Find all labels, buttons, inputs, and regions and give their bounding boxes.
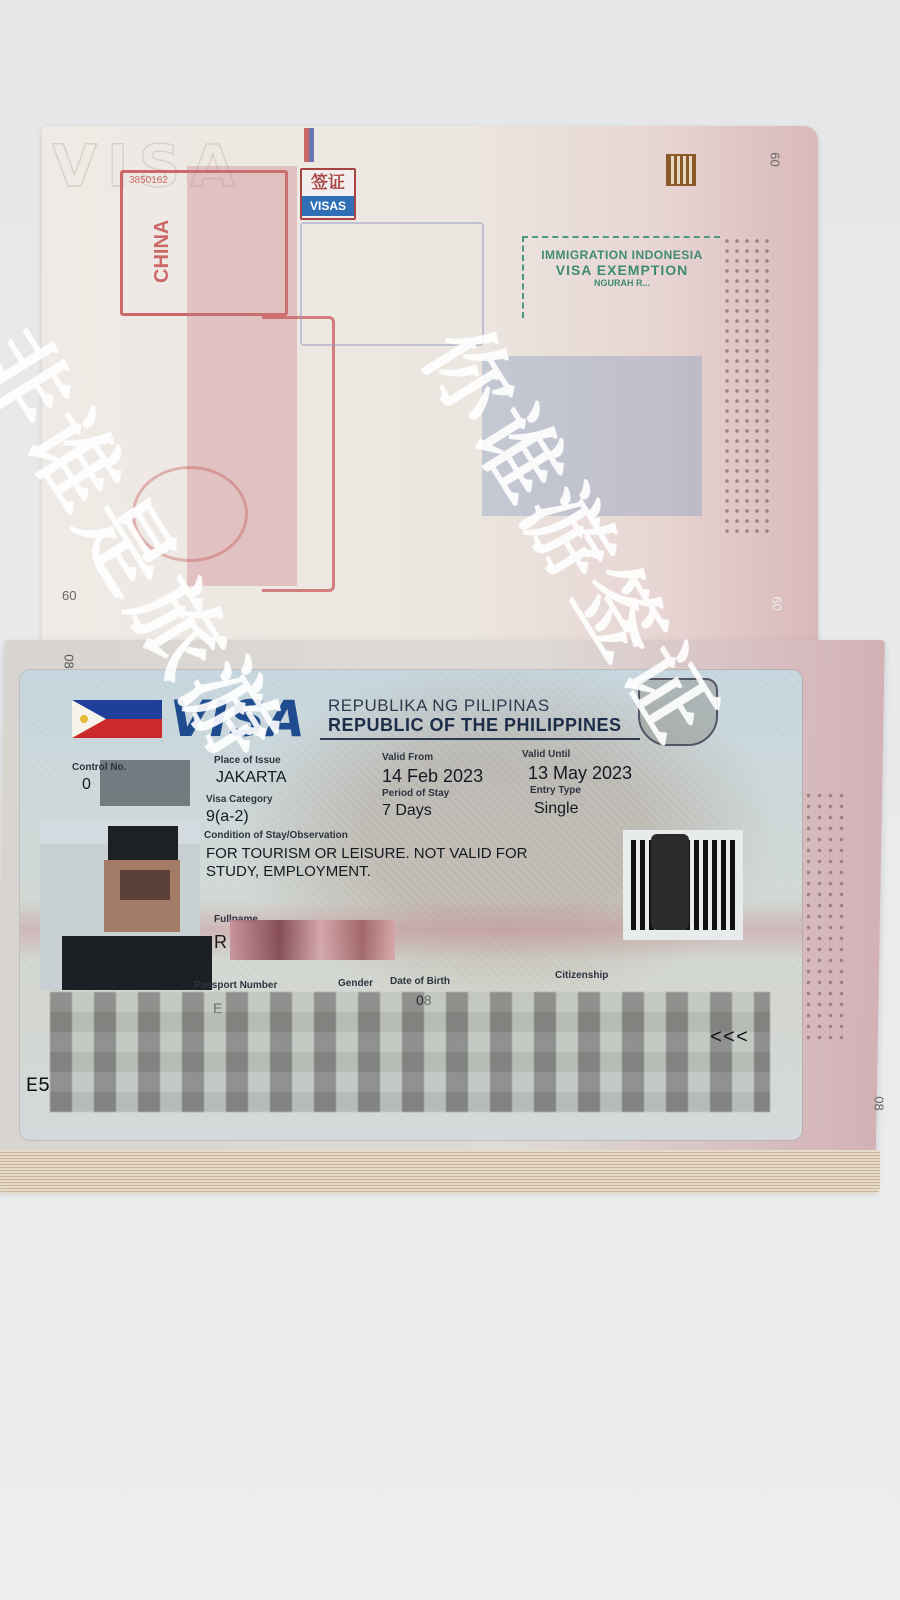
- philippine-flag-icon: [72, 700, 162, 738]
- condition-line-2: STUDY, EMPLOYMENT.: [206, 863, 371, 880]
- perforated-passport-number: [722, 236, 772, 536]
- valid-from-label: Valid From: [382, 752, 433, 763]
- visa-category-value: 9(a-2): [206, 808, 249, 826]
- divider: [320, 738, 640, 740]
- qr-code: [623, 830, 743, 940]
- issuer-english: REPUBLIC OF THE PHILIPPINES: [328, 715, 622, 736]
- mrz-end: <<<: [710, 1027, 749, 1050]
- entry-type-label: Entry Type: [530, 785, 581, 796]
- valid-until-label: Valid Until: [522, 749, 570, 760]
- visa-category-label: Visa Category: [206, 794, 273, 805]
- pixelated-mrz: [50, 992, 770, 1112]
- citizenship-label: Citizenship: [555, 970, 608, 981]
- exit-stamp: [262, 316, 335, 592]
- flag-strip: [304, 128, 314, 162]
- page-number: 08: [62, 654, 77, 668]
- passport-number-label: Passport Number: [194, 980, 277, 991]
- entry-type-value: Single: [534, 800, 578, 818]
- stamp-serial: 3850162: [129, 175, 168, 186]
- page-number: 09: [62, 588, 76, 603]
- page-edges: [0, 1150, 880, 1194]
- control-no-value: 0: [82, 776, 91, 794]
- valid-from-value: 14 Feb 2023: [382, 766, 483, 787]
- pixelated-region: [100, 760, 190, 806]
- page-number: 60: [768, 152, 783, 166]
- date-of-birth-label: Date of Birth: [390, 976, 450, 987]
- stamp-country: CHINA: [151, 220, 174, 283]
- period-of-stay-value: 7 Days: [382, 802, 432, 820]
- visas-badge-english: VISAS: [302, 196, 354, 216]
- period-of-stay-label: Period of Stay: [382, 788, 449, 799]
- valid-until-value: 13 May 2023: [528, 763, 632, 784]
- fullname-value: R: [214, 932, 227, 953]
- visas-badge: 签证 VISAS: [300, 168, 356, 220]
- stamp-line-2: VISA EXEMPTION: [524, 262, 720, 278]
- holder-photo: [40, 820, 200, 990]
- faded-stamp: [300, 222, 484, 346]
- mrz-start: E5: [26, 1075, 50, 1098]
- stamp-line-3: NGURAH R...: [524, 278, 720, 288]
- condition-line-1: FOR TOURISM OR LEISURE. NOT VALID FOR: [206, 845, 527, 862]
- stamp-line-1: IMMIGRATION INDONESIA: [524, 248, 720, 262]
- gender-label: Gender: [338, 978, 373, 989]
- indonesia-visa-exemption-stamp: IMMIGRATION INDONESIA VISA EXEMPTION NGU…: [522, 236, 720, 318]
- chip-icon: [666, 154, 696, 186]
- page-number: 60: [770, 596, 785, 610]
- pixelated-region: [230, 920, 395, 960]
- page-number: 08: [872, 1096, 887, 1110]
- condition-label: Condition of Stay/Observation: [204, 830, 348, 841]
- visas-badge-chinese: 签证: [302, 170, 354, 196]
- issuer-filipino: REPUBLIKA NG PILIPINAS: [328, 696, 550, 716]
